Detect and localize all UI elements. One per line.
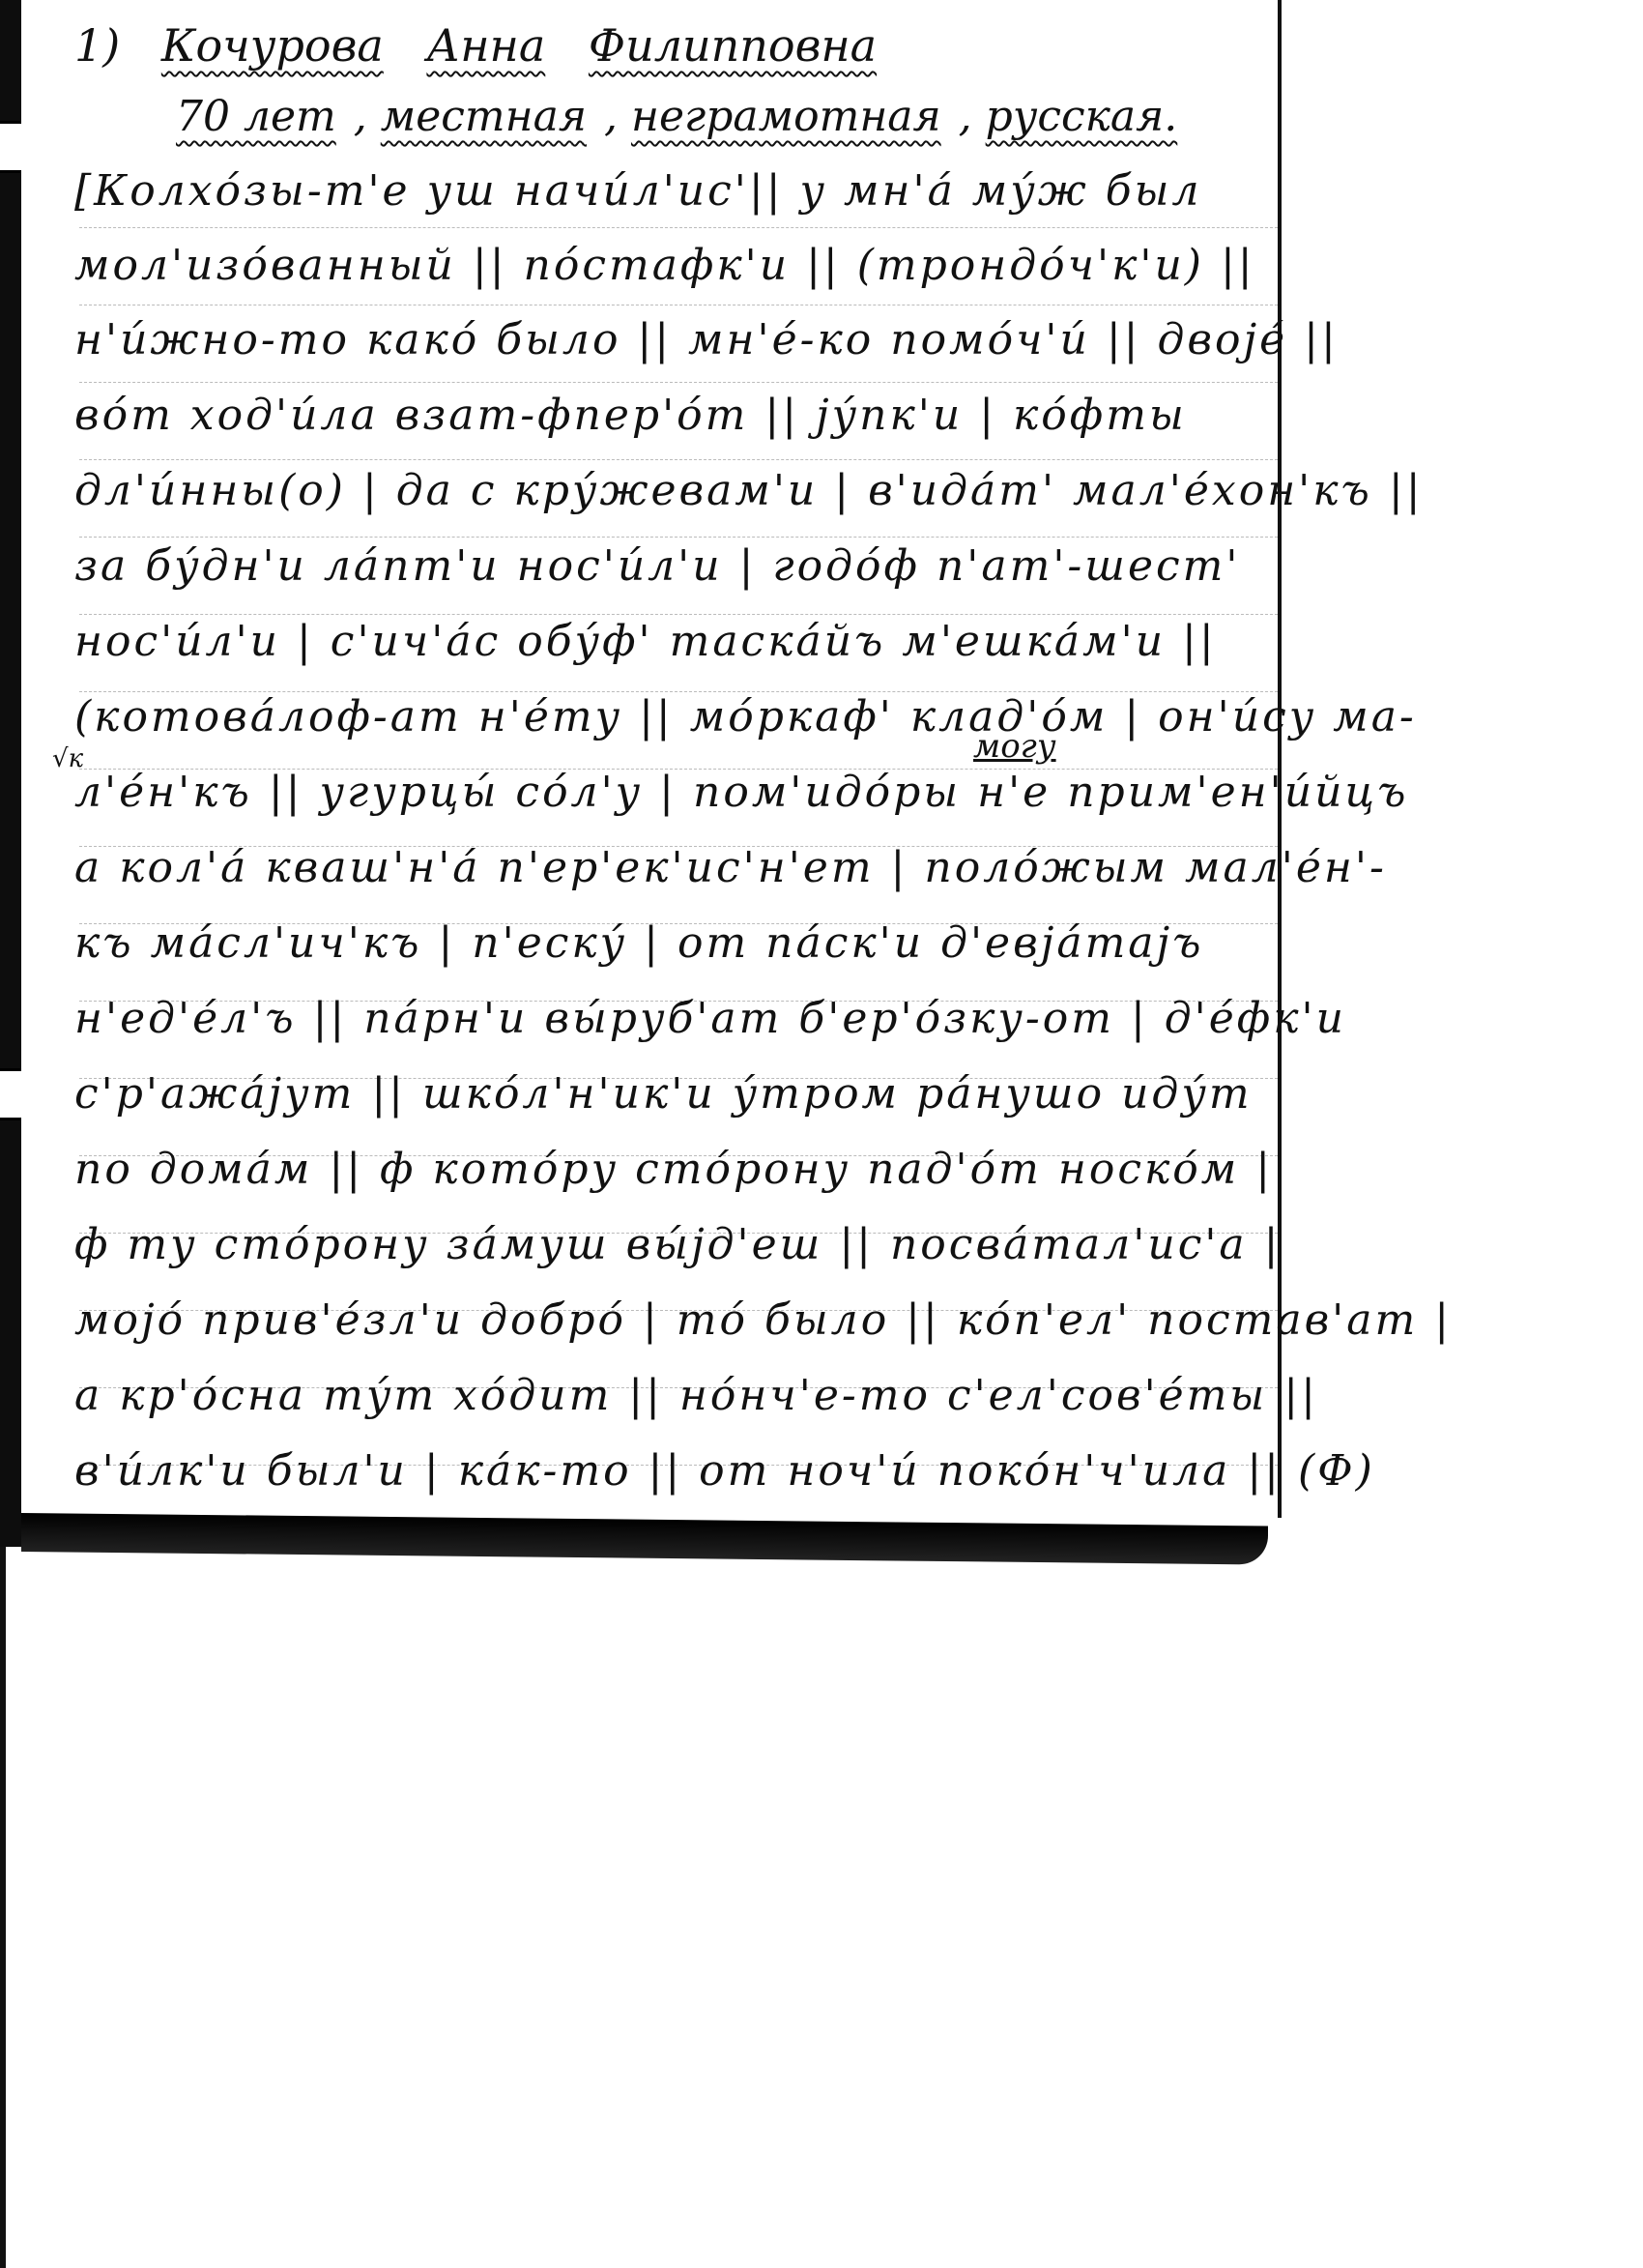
record-header: 1) Кочурова Анна Филипповна [74,19,906,72]
text-line-18: в'и́лк'и был'и | ка́к-то || от ноч'и́ по… [74,1442,1375,1500]
speaker-info: 70 лет, местная, неграмотная, русская. [176,92,1195,141]
text-line-11: къ ма́сл'ич'къ | п'еску́ | от па́ск'и д'… [74,915,1204,973]
text-line-8: (котова́лоф-ат н'е́ту || мо́ркаф' клад'о… [74,688,1417,746]
ruled-line [79,459,1278,460]
text-line-12: н'ед'е́л'ъ || па́рн'и вы́руб'ат б'ер'о́з… [74,990,1346,1048]
patronymic: Филипповна [589,19,877,72]
text-line-4: во́т ход'и́ла взат-фпер'о́т || ју́пк'и |… [74,387,1187,445]
text-line-15: ф ту сто́рону за́муш вы́јд'еш || посва́т… [74,1216,1281,1274]
surname: Кочурова [161,19,384,72]
speaker-literacy: неграмотная [631,92,941,141]
margin-check-mark: √к [52,744,83,773]
first-name: Анна [426,19,545,72]
record-number: 1) [74,19,120,72]
text-line-10: а кол'а́ кваш'н'а́ п'ер'ек'ис'н'ет | пол… [74,839,1387,897]
text-line-13: с'р'ажа́јут || шко́л'н'ик'и у́тром ра́ну… [74,1065,1253,1123]
ruled-line [79,227,1278,228]
text-line-17: а кр'о́сна ту́т хо́дит || но́нч'е-то с'е… [74,1367,1318,1425]
text-line-2: мол'изо́ванный || по́стафк'и || (трондо́… [74,237,1255,295]
text-line-16: мојо́ прив'е́зл'и добро́ | то́ было || к… [74,1292,1452,1350]
text-line-7: нос'и́л'и | с'ич'а́с обу́ф' таска́йъ м'е… [74,613,1217,671]
speaker-age: 70 лет [176,92,336,141]
manuscript-page: 1) Кочурова Анна Филипповна 70 лет, мест… [21,0,1282,1518]
text-line-6: за бу́дн'и ла́пт'и нос'и́л'и | годо́ф п'… [74,538,1240,596]
text-line-3: н'и́жно-то како́ было || мн'е́-ко помо́ч… [74,311,1339,369]
speaker-nationality: русская. [986,92,1178,141]
speaker-origin: местная [381,92,587,141]
text-line-5: дл'и́нны(о) | да с кру́жевам'и | в'ида́т… [74,462,1424,520]
scan-edge [0,1547,6,2268]
page-bottom-shadow [21,1513,1268,1565]
text-line-14: по дома́м || ф кото́ру сто́рону пад'о́т … [74,1141,1273,1199]
interlinear-note: могу [973,727,1056,766]
text-line-9: л'е́н'къ || угурцы́ со́л'у | пом'идо́ры … [74,764,1408,822]
text-line-1: [Колхо́зы-т'е уш начи́л'ис'|| у мн'а́ му… [74,162,1202,220]
page-binding-strip [0,0,21,1547]
ruled-line [79,382,1278,383]
ruled-line [79,305,1278,305]
